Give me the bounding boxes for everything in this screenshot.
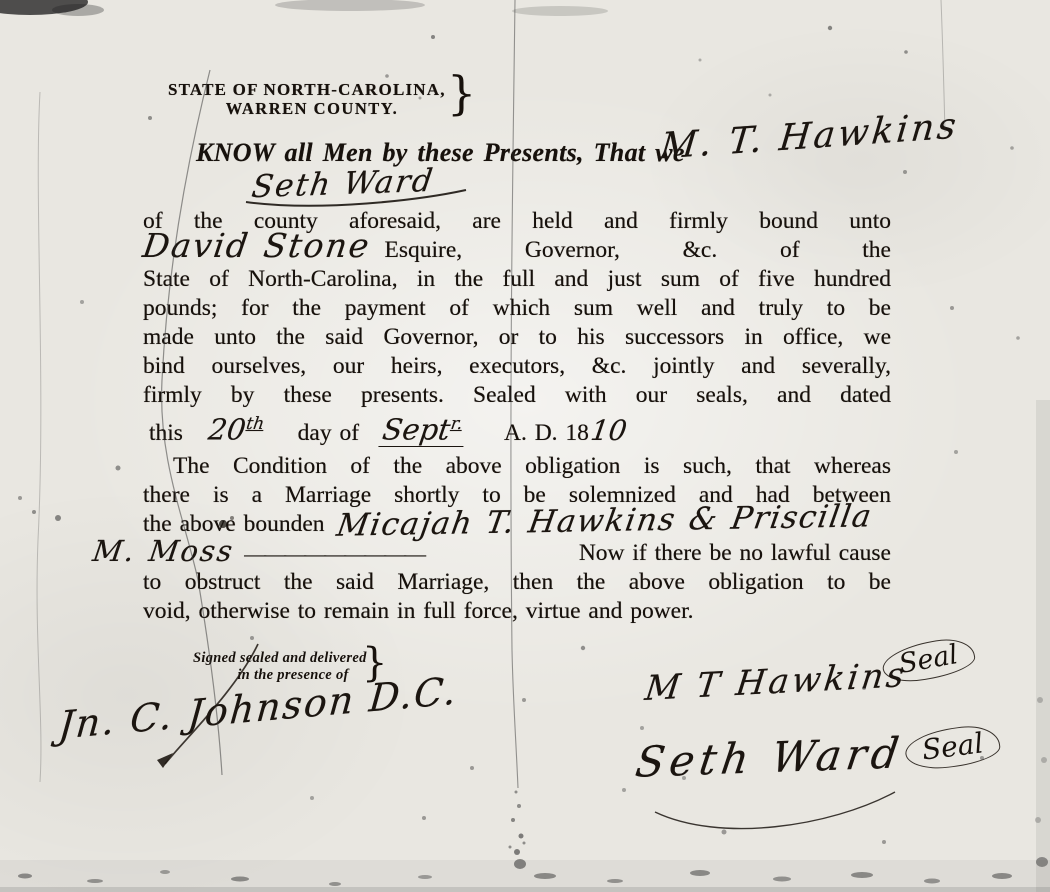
bride-surname-handwritten: M. Moss [92,541,236,561]
header-brace: } [447,70,476,116]
bond-line-5: made unto the said Governor, or to his s… [143,323,891,352]
date-ad-printed: A. D. 18 [504,420,589,446]
bond-paragraph: of the county aforesaid, are held and fi… [143,207,891,439]
bond-line-7: firmly by these presents. Sealed with ou… [143,381,891,410]
bond-date-line: this20thday ofSeptr.A. D. 1810 [143,410,891,439]
handwritten-dash: ————————— [244,541,424,566]
header-county-line: WARREN COUNTY. [168,99,456,119]
date-year-handwritten: 10 [589,416,629,445]
condition-line-4: M. Moss—————————Now if there be no lawfu… [143,539,891,568]
principal-seal: Seal [879,634,977,687]
date-dayof-word: day of [298,420,359,446]
bond-line-4: pounds; for the payment of which sum wel… [143,294,891,323]
principal-signature: M T Hawkins [643,655,910,709]
governor-name-handwritten: David Stone [142,236,372,256]
condition-line-4-printed: Now if there be no lawful cause [579,539,891,568]
bond-line-3: State of North-Carolina, in the full and… [143,265,891,294]
header-state-line: STATE OF NORTH-CAROLINA, [168,80,456,100]
bond-line-6: bind ourselves, our heirs, executors, &c… [143,352,891,381]
bond-line-2: David StoneEsquire, Governor, &c. of the [143,236,891,265]
marriage-bond-scan: STATE OF NORTH-CAROLINA, WARREN COUNTY. … [0,0,1050,892]
condition-line-3: the above boundenMicajah T. Hawkins & Pr… [143,510,891,539]
opening-clause: KNOW all Men by these Presents, That we [196,138,685,168]
surety-signature: Seth Ward [633,728,907,787]
date-day-handwritten: 20th [207,410,267,445]
surety-seal: Seal [903,722,1002,772]
condition-line-5: to obstruct the said Marriage, then the … [143,568,891,597]
date-this-word: this [149,420,183,446]
principal-name-handwritten: M. T. Hawkins [658,105,961,167]
surety-name-handwritten: Seth Ward [250,163,437,206]
couple-names-handwritten: Micajah T. Hawkins & Priscilla [335,506,873,535]
condition-paragraph: The Condition of the above obligation is… [143,452,891,626]
condition-line-6: void, otherwise to remain in full force,… [143,597,891,626]
bond-line-2-printed: Esquire, Governor, &c. of the [384,237,891,263]
condition-line-1: The Condition of the above obligation is… [143,452,891,481]
date-month-handwritten: Septr. [378,410,468,447]
